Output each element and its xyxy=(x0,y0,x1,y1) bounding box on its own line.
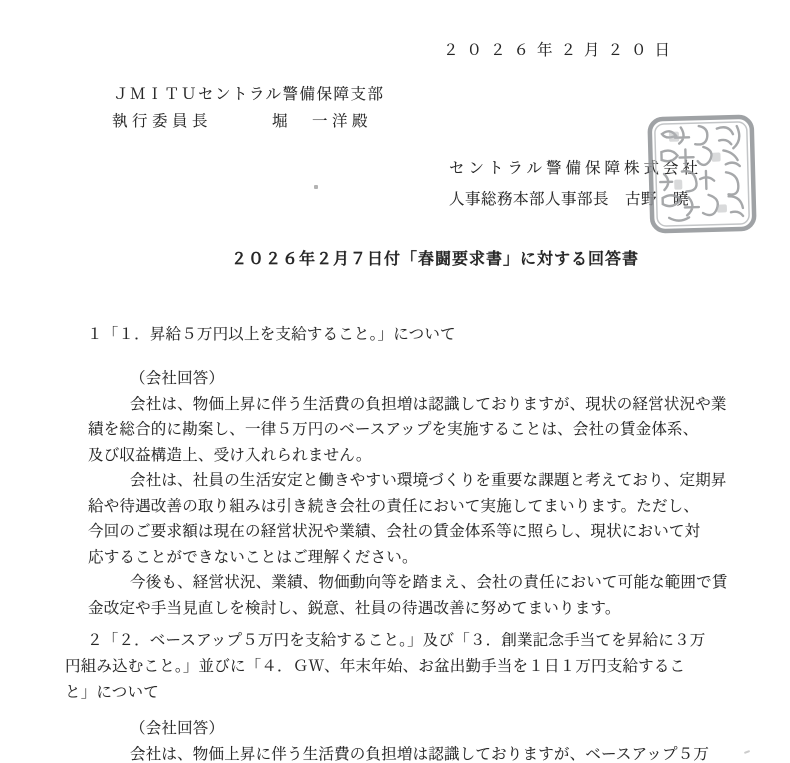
scan-artifact xyxy=(744,750,750,754)
recipient-addressee: 執行委員長 堀 一洋殿 xyxy=(112,109,372,131)
company-seal-stamp-icon xyxy=(644,112,759,237)
section-1-body: （会社回答） 会社は、物価上昇に伴う生活費の負担増は認識しておりますが、現状の経… xyxy=(88,366,728,621)
section-2-heading: ２「２．ベースアップ５万円を支給すること。」及び「３．創業記念手当てを昇給に３万… xyxy=(65,628,705,706)
section-2-heading-line: ２「２．ベースアップ５万円を支給すること。」及び「３．創業記念手当てを昇給に３万 xyxy=(65,628,705,654)
body-line: 績を総合的に勘案し、一律５万円のベースアップを実施することは、会社の賃金体系、 xyxy=(88,417,728,443)
body-line: 会社は、物価上昇に伴う生活費の負担増は認識しておりますが、ベースアップ５万 xyxy=(88,742,709,763)
section-1-heading-line: １「１．昇給５万円以上を支給すること。」について xyxy=(65,322,456,348)
body-line: 会社は、物価上昇に伴う生活費の負担増は認識しておりますが、現状の経営状況や業 xyxy=(88,392,728,418)
body-line: 応することができないことはご理解ください。 xyxy=(88,545,728,571)
body-line: 給や待遇改善の取り組みは引き続き会社の責任において実施してまいります。ただし、 xyxy=(88,494,728,520)
section-2-body: 会社は、物価上昇に伴う生活費の負担増は認識しておりますが、ベースアップ５万 xyxy=(88,742,709,763)
section-2-response-label: （会社回答） xyxy=(130,716,224,738)
document-title: ２０２６年２月７日付「春闘要求書」に対する回答書 xyxy=(40,246,790,269)
document-date: ２０２６年２月２０日 xyxy=(443,38,678,60)
section-1-heading: １「１．昇給５万円以上を支給すること。」について xyxy=(65,322,456,348)
body-line: 今回のご要求額は現在の経営状況や業績、会社の賃金体系等に照らし、現状において対 xyxy=(88,519,728,545)
section-2-heading-line: と」について xyxy=(65,680,705,706)
section-1-response-label: （会社回答） xyxy=(130,366,728,392)
body-line: 今後も、経営状況、業績、物価動向等を踏まえ、会社の責任において可能な範囲で賃 xyxy=(88,570,728,596)
recipient-organization: ＪＭＩＴＵセントラル警備保障支部 xyxy=(113,82,385,104)
scanned-letter-page: ２０２６年２月２０日 ＪＭＩＴＵセントラル警備保障支部 執行委員長 堀 一洋殿 … xyxy=(0,0,790,763)
body-line: 金改定や手当見直しを検討し、鋭意、社員の待遇改善に努めてまいります。 xyxy=(88,596,728,622)
body-line: 及び収益構造上、受け入れられません。 xyxy=(88,443,728,469)
scan-artifact xyxy=(314,185,318,189)
body-line: 会社は、社員の生活安定と働きやすい環境づくりを重要な課題と考えており、定期昇 xyxy=(88,468,728,494)
section-2-heading-line: 円組み込むこと。」並びに「４．ＧＷ、年末年始、お盆出勤手当を１日１万円支給するこ xyxy=(65,654,705,680)
